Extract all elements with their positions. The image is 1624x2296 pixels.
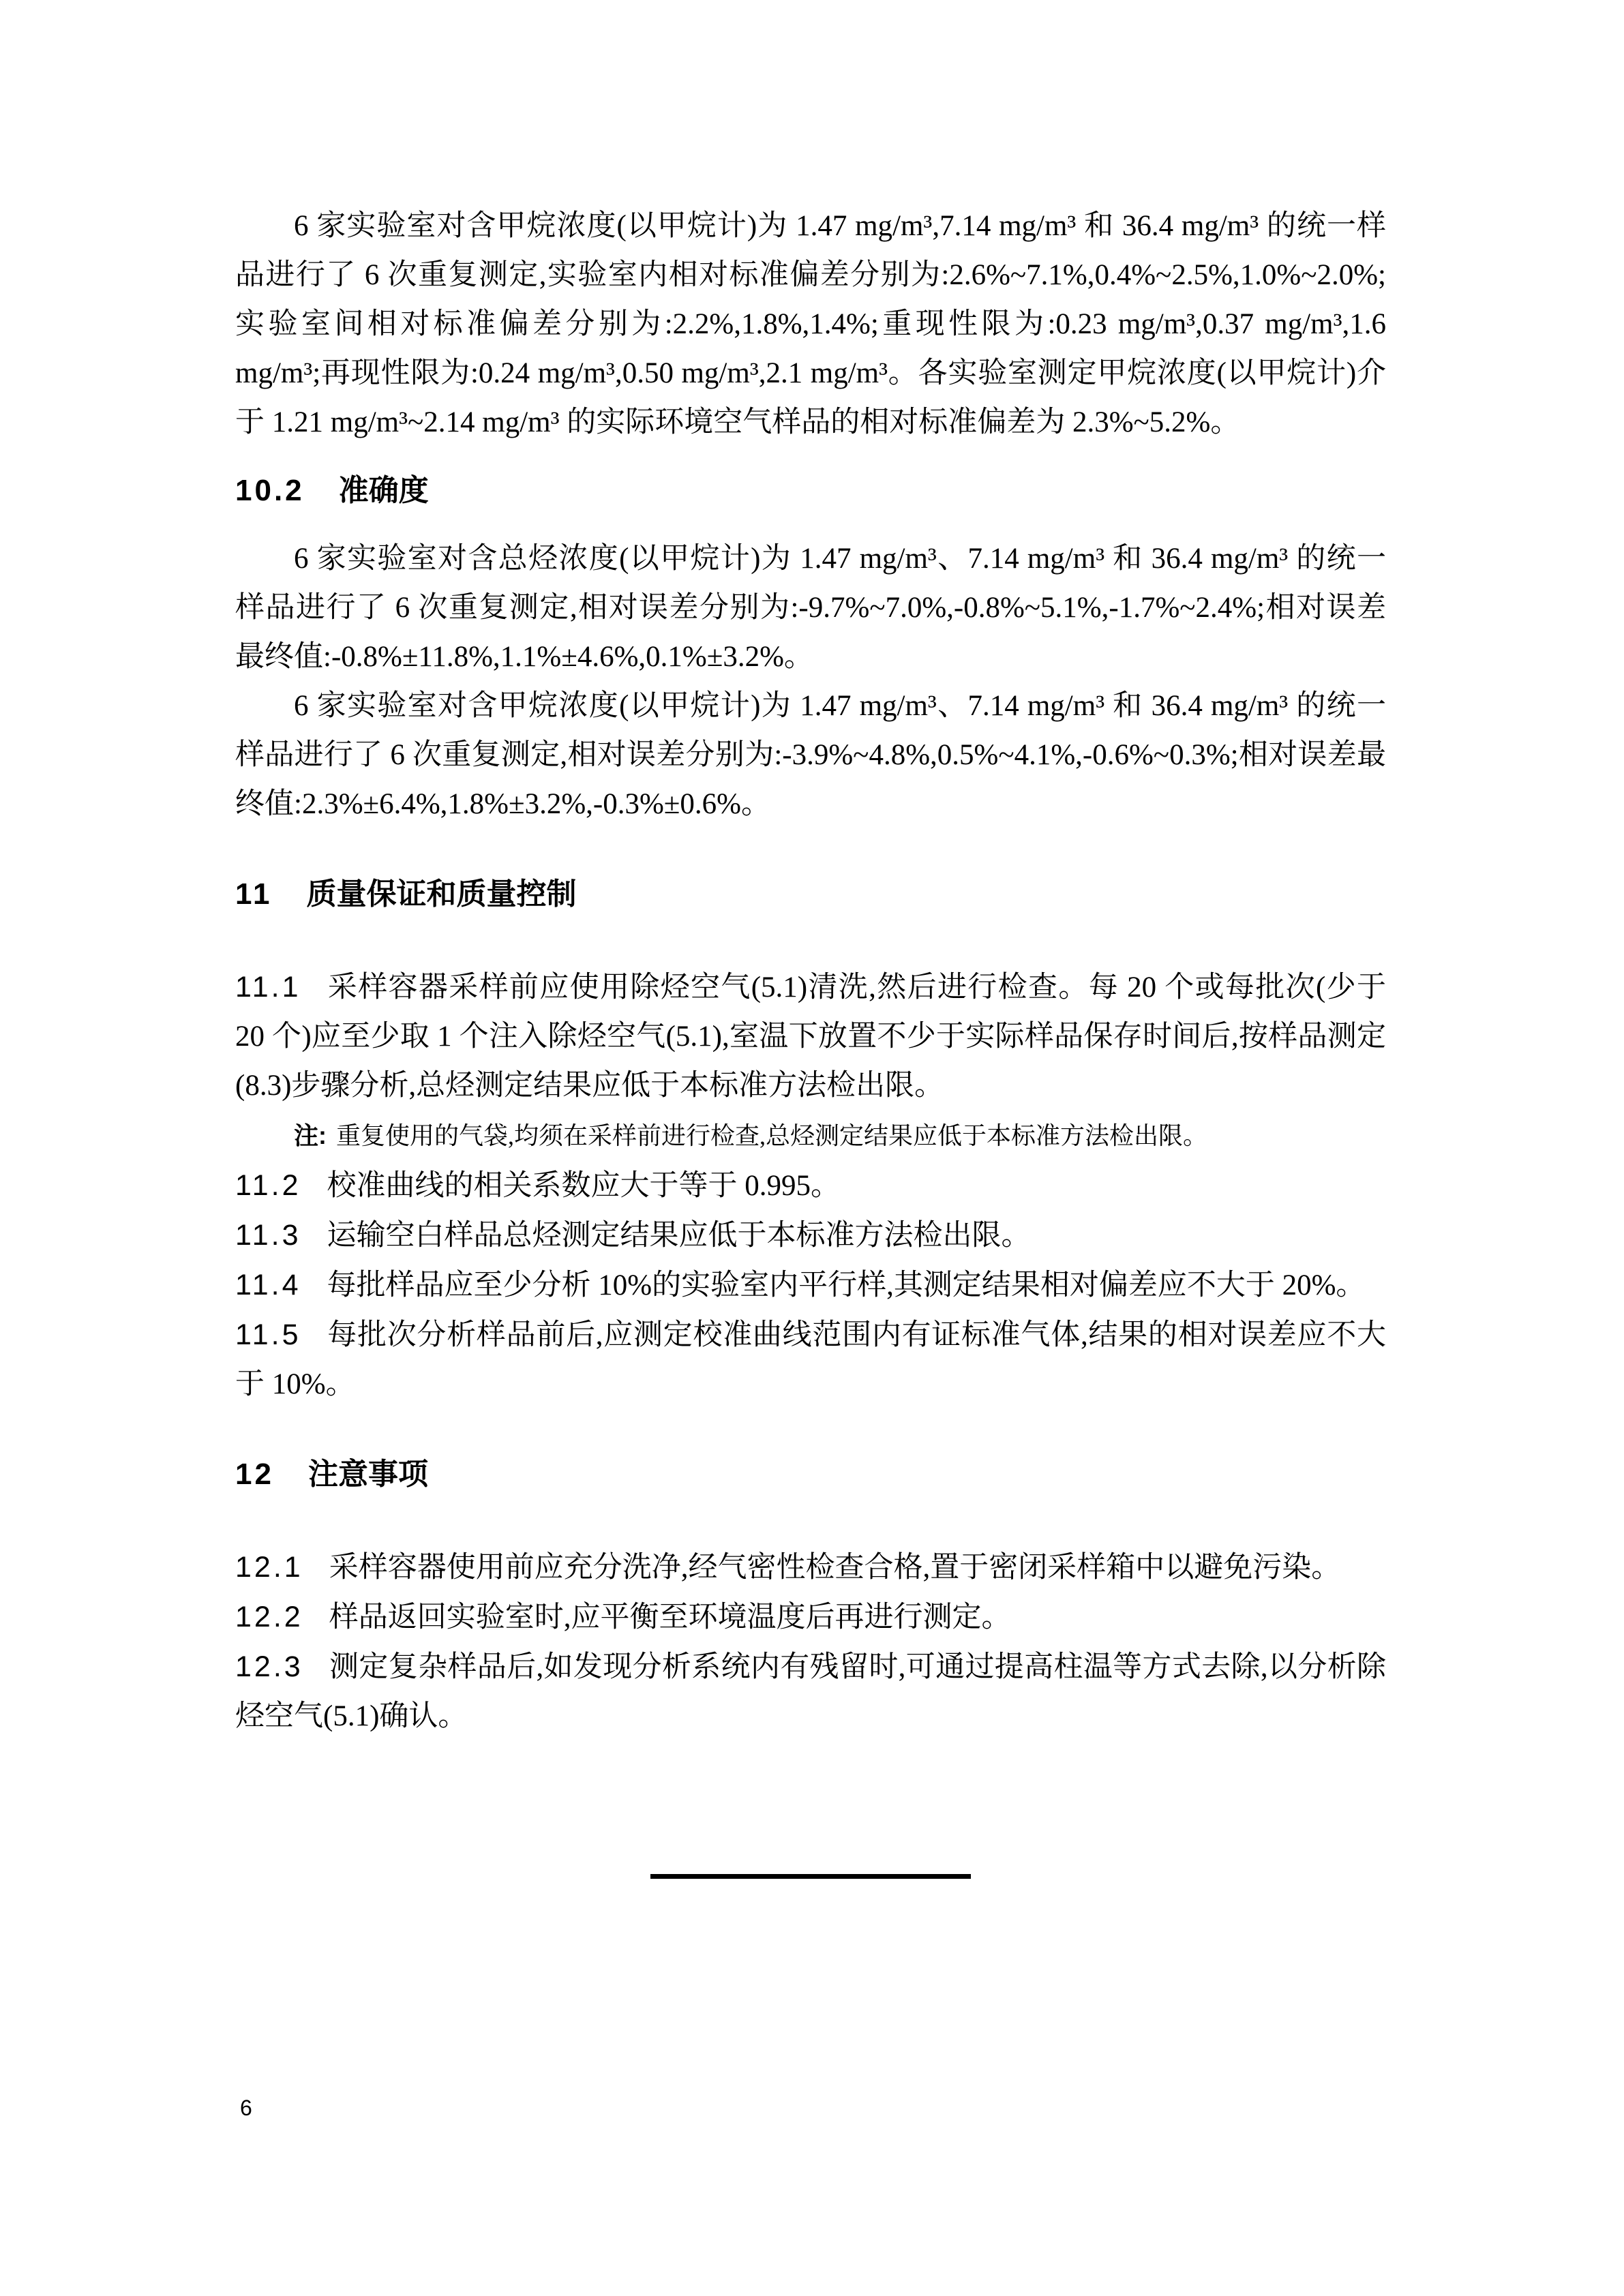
clause-11-1-text: 采样容器采样前应使用除烃空气(5.1)清洗,然后进行检查。每 20 个或每批次(… xyxy=(235,971,1386,1102)
document-page: 6 家实验室对含甲烷浓度(以甲烷计)为 1.47 mg/m³,7.14 mg/m… xyxy=(0,0,1624,2296)
heading-quality-assurance-title: 质量保证和质量控制 xyxy=(307,877,577,911)
clause-12-1-number: 12.1 xyxy=(235,1551,303,1584)
clause-11-1-number: 11.1 xyxy=(235,971,301,1003)
clause-11-4-text: 每批样品应至少分析 10%的实验室内平行样,其测定结果相对偏差应不大于 20%。 xyxy=(327,1269,1366,1301)
clause-11-2-number: 11.2 xyxy=(235,1169,301,1202)
clause-11-5: 11.5每批次分析样品前后,应测定校准曲线范围内有证标准气体,结果的相对误差应不… xyxy=(235,1310,1386,1409)
clause-12-3: 12.3测定复杂样品后,如发现分析系统内有残留时,可通过提高柱温等方式去除,以分… xyxy=(235,1642,1386,1741)
paragraph-accuracy-methane: 6 家实验室对含甲烷浓度(以甲烷计)为 1.47 mg/m³、7.14 mg/m… xyxy=(235,682,1386,829)
heading-quality-assurance: 11质量保证和质量控制 xyxy=(235,870,1386,919)
heading-accuracy-number: 10.2 xyxy=(235,474,305,507)
page-content: 6 家实验室对含甲烷浓度(以甲烷计)为 1.47 mg/m³,7.14 mg/m… xyxy=(235,202,1386,1879)
clause-12-2-text: 样品返回实验室时,应平衡至环境温度后再进行测定。 xyxy=(329,1601,1011,1633)
heading-precautions-title: 注意事项 xyxy=(308,1457,428,1491)
note-label: 注: xyxy=(294,1121,327,1149)
clause-11-2: 11.2校准曲线的相关系数应大于等于 0.995。 xyxy=(235,1161,1386,1211)
heading-accuracy-title: 准确度 xyxy=(339,474,429,507)
paragraph-precision-methane: 6 家实验室对含甲烷浓度(以甲烷计)为 1.47 mg/m³,7.14 mg/m… xyxy=(235,202,1386,447)
clause-11-5-text: 每批次分析样品前后,应测定校准曲线范围内有证标准气体,结果的相对误差应不大于 1… xyxy=(235,1319,1386,1400)
end-of-document-divider xyxy=(650,1874,971,1879)
clause-11-3: 11.3运输空白样品总烃测定结果应低于本标准方法检出限。 xyxy=(235,1211,1386,1260)
clause-11-5-number: 11.5 xyxy=(235,1318,301,1351)
clause-12-1-text: 采样容器使用前应充分洗净,经气密性检查合格,置于密闭采样箱中以避免污染。 xyxy=(329,1552,1341,1584)
clause-12-1: 12.1采样容器使用前应充分洗净,经气密性检查合格,置于密闭采样箱中以避免污染。 xyxy=(235,1543,1386,1592)
note-text: 重复使用的气袋,均须在采样前进行检查,总烃测定结果应低于本标准方法检出限。 xyxy=(336,1122,1207,1149)
note-line: 注:重复使用的气袋,均须在采样前进行检查,总烃测定结果应低于本标准方法检出限。 xyxy=(294,1116,1386,1155)
clause-11-4: 11.4每批样品应至少分析 10%的实验室内平行样,其测定结果相对偏差应不大于 … xyxy=(235,1260,1386,1310)
clause-11-1: 11.1采样容器采样前应使用除烃空气(5.1)清洗,然后进行检查。每 20 个或… xyxy=(235,963,1386,1111)
heading-precautions-number: 12 xyxy=(235,1457,274,1491)
heading-accuracy: 10.2准确度 xyxy=(235,466,1386,515)
clause-11-3-text: 运输空白样品总烃测定结果应低于本标准方法检出限。 xyxy=(327,1220,1031,1252)
clause-12-3-text: 测定复杂样品后,如发现分析系统内有残留时,可通过提高柱温等方式去除,以分析除烃空… xyxy=(235,1651,1386,1732)
clause-11-3-number: 11.3 xyxy=(235,1219,301,1252)
page-number: 6 xyxy=(240,2094,252,2121)
clause-11-2-text: 校准曲线的相关系数应大于等于 0.995。 xyxy=(327,1170,841,1202)
paragraph-accuracy-total-hydrocarbon: 6 家实验室对含总烃浓度(以甲烷计)为 1.47 mg/m³、7.14 mg/m… xyxy=(235,534,1386,682)
clause-12-3-number: 12.3 xyxy=(235,1650,303,1683)
clause-12-2-number: 12.2 xyxy=(235,1601,303,1633)
clause-12-2: 12.2样品返回实验室时,应平衡至环境温度后再进行测定。 xyxy=(235,1592,1386,1642)
heading-quality-assurance-number: 11 xyxy=(235,877,273,911)
heading-precautions: 12注意事项 xyxy=(235,1450,1386,1499)
clause-11-4-number: 11.4 xyxy=(235,1269,301,1301)
